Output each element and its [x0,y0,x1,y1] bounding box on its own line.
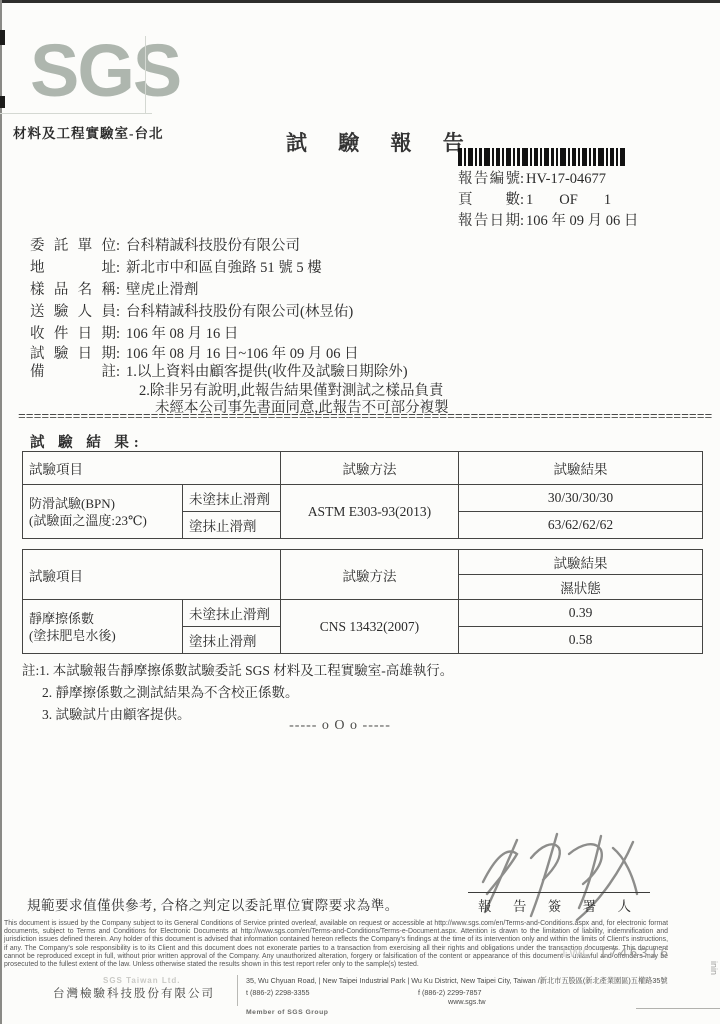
scan-edge-top [0,0,720,3]
logo-guide-line-horizontal [0,113,152,114]
t2-method: CNS 13432(2007) [281,600,459,654]
t2-row2-result: 0.58 [459,627,703,654]
logo-guide-line-vertical [145,36,146,114]
t2-row2-condition: 塗抹止滑劑 [183,627,281,654]
footer-fax: f (886-2) 2299-7857 [418,988,482,997]
t2-header-result: 試驗結果 [459,550,703,575]
results-table-friction: 試驗項目 試驗方法 試驗結果 濕狀態 靜摩擦係數 (塗抹肥皂水後) 未塗抹止滑劑… [22,549,703,654]
note-3: 3. 試驗試片由顧客提供。 [42,703,191,723]
end-of-results-divider: ----- o O o ----- [250,718,430,734]
report-number-line: 報告編號:HV-17-04677 [458,167,606,188]
field-submitter: 送驗人員:台科精誠科技股份有限公司(林昱佑) [30,300,353,321]
field-sample-name: 樣品名稱:壁虎止滑劑 [30,278,199,299]
spec-disclaimer: 規範要求值僅供參考, 合格之判定以委託單位實際要求為準。 [27,894,399,914]
field-address-value: 新北市中和區自強路 51 號 5 樓 [126,260,322,276]
t2-item: 靜摩擦係數 (塗抹肥皂水後) [23,600,183,654]
t2-header-item: 試驗項目 [23,550,281,600]
page-of: OF [559,192,578,208]
footer-member: Member of SGS Group [246,1009,328,1016]
sgs-logo: SGS [30,34,180,108]
footer-phone: t (886-2) 2298-3355 [246,988,310,997]
t1-header-method: 試驗方法 [281,452,459,485]
scan-mark [0,30,5,45]
t2-header-wet: 濕狀態 [459,575,703,600]
report-number-value: HV-17-04677 [526,171,606,187]
field-client-value: 台科精誠科技股份有限公司 [126,238,300,254]
report-date-value: 106 年 09 月 06 日 [526,213,638,229]
report-date-line: 報告日期:106 年 09 月 06 日 [458,209,638,230]
t1-row2-condition: 塗抹止滑劑 [183,512,281,539]
page-count-label: 頁數 [458,188,520,209]
footer-divider [237,975,238,1006]
lab-name: 材料及工程實驗室-台北 [13,122,164,142]
t1-item: 防滑試驗(BPN) (試驗面之溫度:23℃) [23,485,183,539]
footer-company-en: SGS Taiwan Ltd. [103,976,181,985]
field-sample-name-value: 壁虎止滑劑 [126,282,199,298]
footer-company-zh: 台灣檢驗科技股份有限公司 [53,985,215,1001]
page-title: 試 驗 報 告 [286,127,477,157]
t2-row1-result: 0.39 [459,600,703,627]
field-remark: 備註:1.以上資料由顧客提供(收件及試驗日期除外) [30,360,408,381]
signature-line [468,892,650,893]
field-received-date-value: 106 年 08 月 16 日 [126,326,238,342]
note-2: 2. 靜摩擦係數之測試結果為不含校正係數。 [42,681,299,701]
remark-line-1: 1.以上資料由顧客提供(收件及試驗日期除外) [126,364,408,380]
report-number-label: 報告編號 [458,167,520,188]
field-submitter-value: 台科精誠科技股份有限公司(林昱佑) [126,304,353,320]
t1-header-result: 試驗結果 [459,452,703,485]
t2-row1-condition: 未塗抹止滑劑 [183,600,281,627]
field-address: 地址:新北市中和區自強路 51 號 5 樓 [30,256,322,277]
section-separator: ========================================… [18,409,712,425]
footer-address: 35, Wu Chyuan Road, | New Taipei Industr… [246,976,682,985]
field-client: 委託單位:台科精誠科技股份有限公司 [30,234,300,255]
serial-number: TWC 1746316 [560,945,671,960]
t1-row1-result: 30/30/30/30 [459,485,703,512]
scan-side-text: inin [675,961,719,975]
results-heading: 試 驗 結 果: [30,431,144,452]
report-date-label: 報告日期 [458,209,520,230]
footer-website: www.sgs.tw [448,997,486,1006]
scan-edge-left [0,0,2,1024]
serial-prefix: TWC [560,945,593,960]
scan-edge-bottom-right [636,1008,720,1009]
t1-row1-condition: 未塗抹止滑劑 [183,485,281,512]
signature-label: 報 告 簽 署 人 [478,895,640,915]
page-number: 1 [526,192,533,208]
scan-mark [0,96,5,108]
results-table-bpn: 試驗項目 試驗方法 試驗結果 防滑試驗(BPN) (試驗面之溫度:23℃) 未塗… [22,451,703,539]
t1-header-item: 試驗項目 [23,452,281,485]
page-total: 1 [604,192,611,208]
t2-header-method: 試驗方法 [281,550,459,600]
page-count-line: 頁數:1OF1 [458,188,611,209]
note-1: 註:1. 本試驗報告靜摩擦係數試驗委託 SGS 材料及工程實驗室-高雄執行。 [22,659,453,679]
field-received-date: 收件日期:106 年 08 月 16 日 [30,322,238,343]
t1-method: ASTM E303-93(2013) [281,485,459,539]
scanned-test-report-page: SGS 材料及工程實驗室-台北 試 驗 報 告 [0,0,720,1024]
t1-row2-result: 63/62/62/62 [459,512,703,539]
